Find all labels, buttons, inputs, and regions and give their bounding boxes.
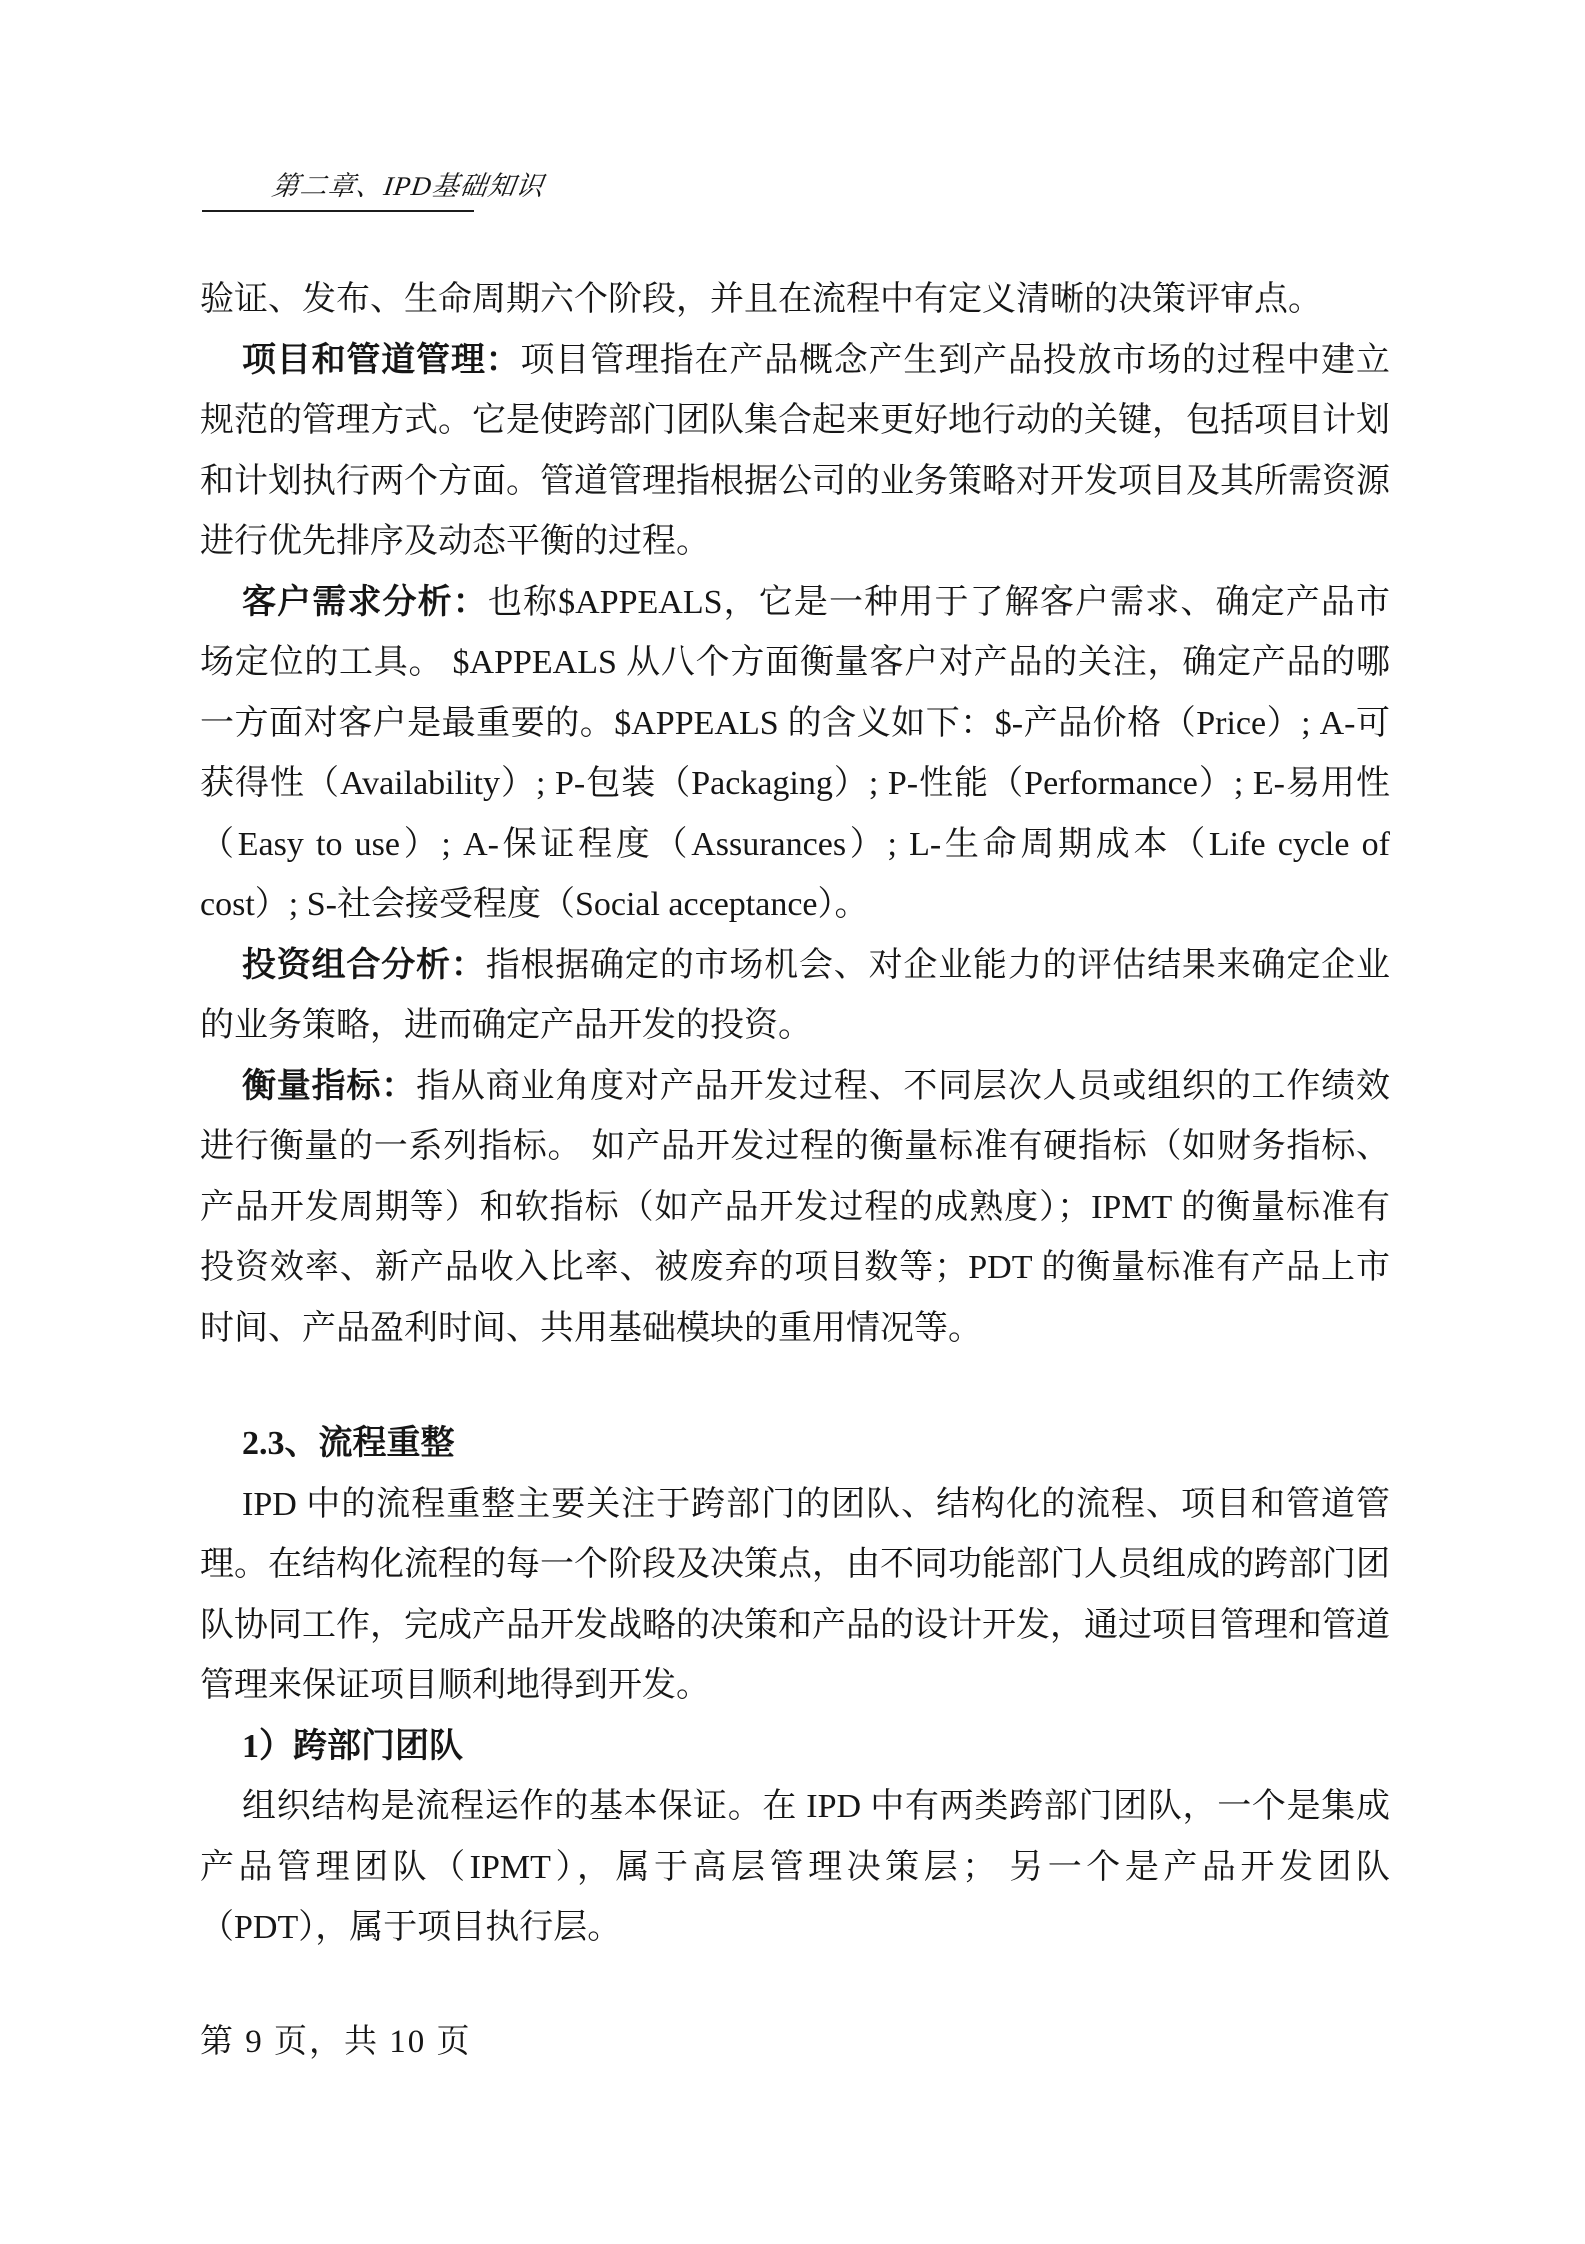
term-label-metrics: 衡量指标： (242, 1068, 416, 1105)
paragraph-metrics: 衡量指标：指从商业角度对产品开发过程、不同层次人员或组织的工作绩效进行衡量的一系… (200, 1057, 1390, 1360)
page-header: 第二章、IPD基础知识 (202, 170, 474, 212)
term-label-project-pipeline: 项目和管道管理： (242, 342, 521, 379)
paragraph-project-pipeline: 项目和管道管理：项目管理指在产品概念产生到产品投放市场的过程中建立规范的管理方式… (200, 331, 1390, 573)
section-heading-process-reengineering: 2.3、流程重整 (200, 1414, 1390, 1475)
document-page: 第二章、IPD基础知识 验证、发布、生命周期六个阶段，并且在流程中有定义清晰的决… (0, 0, 1585, 2244)
term-label-customer-needs: 客户需求分析： (242, 584, 488, 621)
sub-heading-cross-department-team: 1）跨部门团队 (200, 1717, 1390, 1778)
paragraph-portfolio-analysis: 投资组合分析：指根据确定的市场机会、对企业能力的评估结果来确定企业的业务策略，进… (200, 936, 1390, 1057)
term-text-customer-needs: 也称$APPEALS，它是一种用于了解客户需求、确定产品市场定位的工具。 $AP… (200, 584, 1390, 924)
document-body: 验证、发布、生命周期六个阶段，并且在流程中有定义清晰的决策评审点。 项目和管道管… (200, 270, 1390, 1959)
paragraph-customer-needs: 客户需求分析：也称$APPEALS，它是一种用于了解客户需求、确定产品市场定位的… (200, 573, 1390, 936)
paragraph-process-reengineering: IPD 中的流程重整主要关注于跨部门的团队、结构化的流程、项目和管道管理。在结构… (200, 1475, 1390, 1717)
paragraph-cross-department-team: 组织结构是流程运作的基本保证。在 IPD 中有两类跨部门团队，一个是集成产品管理… (200, 1777, 1390, 1959)
chapter-title: 第二章、IPD基础知识 (270, 170, 546, 202)
term-label-portfolio-analysis: 投资组合分析： (242, 947, 486, 984)
term-text-metrics: 指从商业角度对产品开发过程、不同层次人员或组织的工作绩效进行衡量的一系列指标。 … (200, 1068, 1390, 1347)
page-number: 第 9 页，共 10 页 (200, 2012, 472, 2072)
paragraph-intro: 验证、发布、生命周期六个阶段，并且在流程中有定义清晰的决策评审点。 (200, 270, 1390, 331)
